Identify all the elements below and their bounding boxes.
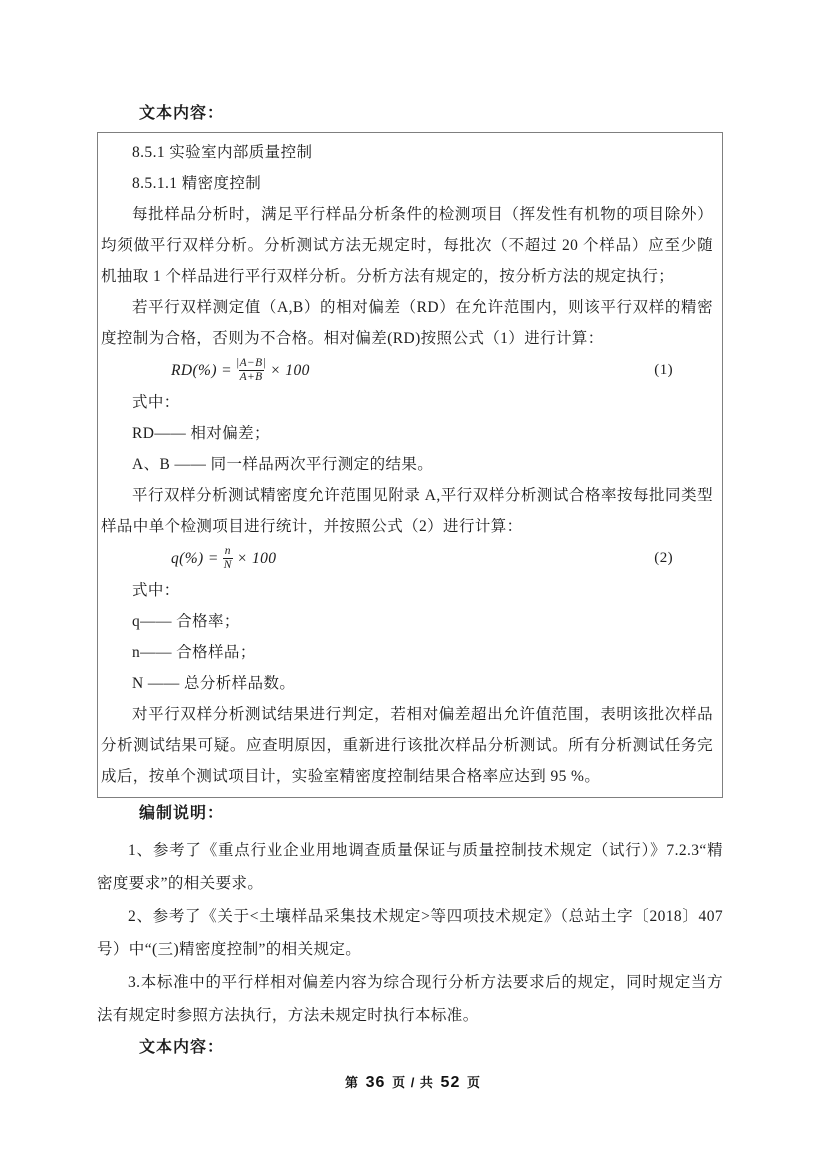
formula-1-rhs: × 100 [270,355,310,386]
definition-cap-n: N —— 总分析样品数。 [101,668,713,699]
formula-1-expression: RD(%) = |A−B| A+B × 100 [171,355,310,386]
formula-2-fraction: n N [223,545,233,572]
formula-2-rhs: × 100 [237,543,277,574]
footer-suffix: 页 [467,1075,481,1090]
definition-a-b: A、B —— 同一样品两次平行测定的结果。 [101,449,713,480]
clause-heading-8-5-1-1: 8.5.1.1 精密度控制 [101,168,713,199]
compile-notes-section: 1、参考了《重点行业企业用地调查质量保证与质量控制技术规定（试行）》7.2.3“… [97,834,723,1032]
formula-1-fraction: |A−B| A+B [236,357,266,384]
box-paragraph-4: 对平行双样分析测试结果进行判定，若相对偏差超出允许值范围，表明该批次样品分析测试… [101,699,713,792]
box-paragraph-3: 平行双样分析测试精密度允许范围见附录 A,平行双样分析测试合格率按每批同类型样品… [101,480,713,542]
definition-rd: RD—— 相对偏差； [101,418,713,449]
formula-2-lhs: q(%) = [171,543,219,574]
note-item-2: 2、参考了《关于<土壤样品采集技术规定>等四项技术规定》（总站土字〔2018〕4… [97,900,723,966]
clause-heading-8-5-1: 8.5.1 实验室内部质量控制 [101,137,713,168]
formula-1-denominator: A+B [239,370,264,384]
where-label-1: 式中： [101,387,713,418]
formula-2-number: (2) [654,543,673,574]
footer-total-pages: 52 [439,1074,463,1091]
where-label-2: 式中： [101,575,713,606]
formula-1: RD(%) = |A−B| A+B × 100 (1) [101,354,713,387]
box-paragraph-1: 每批样品分析时，满足平行样品分析条件的检测项目（挥发性有机物的项目除外）均须做平… [101,199,713,292]
formula-1-number: (1) [654,355,673,386]
document-page: 文本内容： 8.5.1 实验室内部质量控制 8.5.1.1 精密度控制 每批样品… [0,0,826,1169]
section-label-compile-notes: 编制说明： [139,803,723,825]
definition-q: q—— 合格率； [101,606,713,637]
note-item-3: 3.本标准中的平行样相对偏差内容为综合现行分析方法要求后的规定，同时规定当方法有… [97,966,723,1032]
definition-n: n—— 合格样品； [101,637,713,668]
document-content: 文本内容： 8.5.1 实验室内部质量控制 8.5.1.1 精密度控制 每批样品… [97,103,723,1059]
box-paragraph-2: 若平行双样测定值（A,B）的相对偏差（RD）在允许范围内，则该平行双样的精密度控… [101,292,713,354]
note-item-1: 1、参考了《重点行业企业用地调查质量保证与质量控制技术规定（试行）》7.2.3“… [97,834,723,900]
formula-2-denominator: N [223,558,233,572]
formula-1-lhs: RD(%) = [171,355,232,386]
formula-2-numerator: n [225,545,231,558]
footer-current-page: 36 [364,1074,388,1091]
formula-1-numerator: |A−B| [236,357,266,370]
footer-middle: 页 / 共 [392,1075,434,1090]
formula-2-expression: q(%) = n N × 100 [171,543,276,574]
section-label-text-content-2: 文本内容： [139,1037,723,1059]
footer-prefix: 第 [345,1075,359,1090]
page-footer: 第 36 页 / 共 52 页 [0,1072,826,1092]
section-label-text-content-1: 文本内容： [139,103,723,125]
formula-2: q(%) = n N × 100 (2) [101,542,713,575]
standard-text-box: 8.5.1 实验室内部质量控制 8.5.1.1 精密度控制 每批样品分析时，满足… [97,132,723,798]
